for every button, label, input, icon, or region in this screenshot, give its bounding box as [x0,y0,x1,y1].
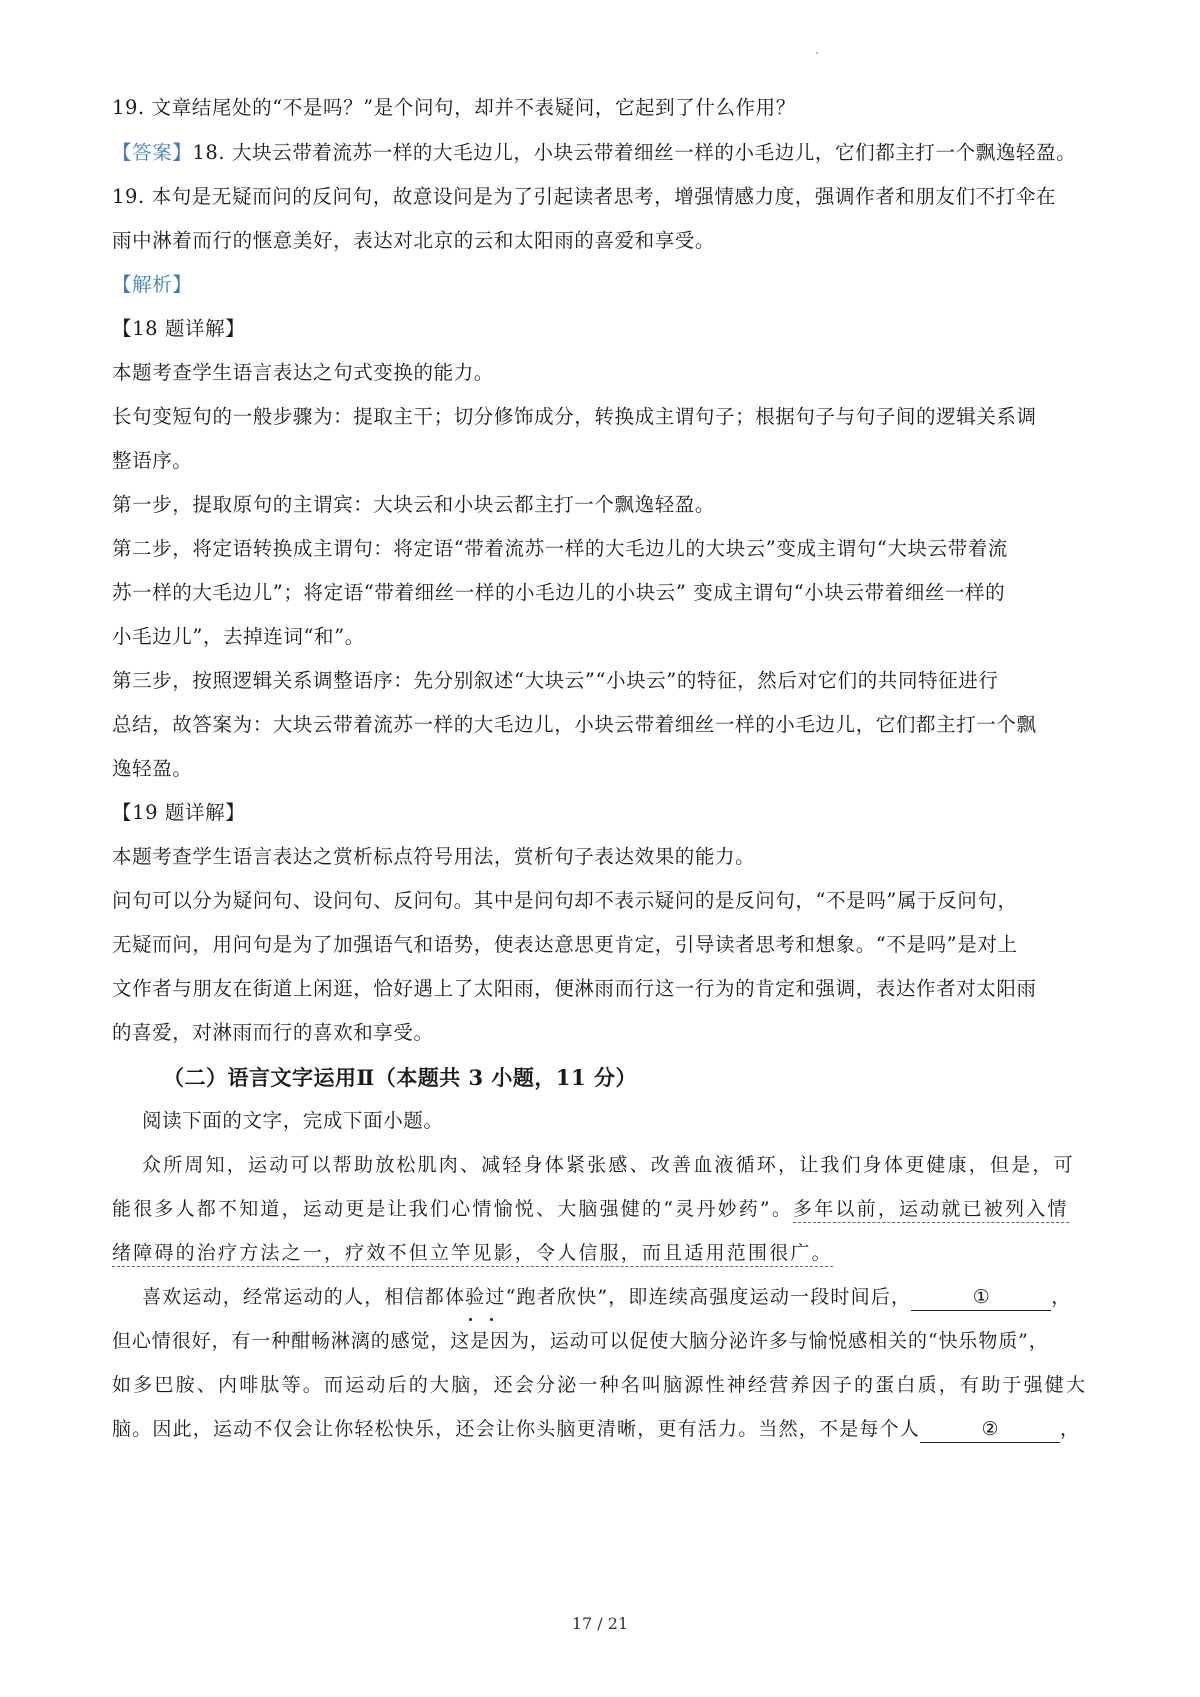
instruction: 阅读下面的文字，完成下面小题。 [142,1108,444,1134]
detail-19-title: 【19 题详解】 [112,800,245,826]
detail-18-line: 小毛边儿”，去掉连词“和”。 [112,624,365,650]
answer-19-line1: 19. 本句是无疑而问的反问句，故意设问是为了引起读者思考，增强情感力度，强调作… [112,184,1056,210]
detail-18-line: 长句变短句的一般步骤为：提取主干；切分修饰成分，转换成主谓句子；根据句子与句子间… [112,404,1037,430]
detail-18-line: 逸轻盈。 [112,756,192,782]
analysis-label: 【解析】 [112,272,192,298]
emphasis-dot [490,1318,493,1321]
emphasis-dot [469,1318,472,1321]
passage-line: 喜欢运动，经常运动的人，相信都体验过“跑者欣快”，即连续高强度运动一段时间后，①… [142,1284,1071,1311]
detail-18-line: 总结，故答案为：大块云带着流苏一样的大毛边儿，小块云带着细丝一样的小毛边儿，它们… [112,712,1037,738]
detail-18-line: 苏一样的大毛边儿”；将定语“带着细丝一样的小毛边儿的小块云” 变成主谓句“小块云… [112,580,1005,606]
document-page: 19. 文章结尾处的“不是吗？”是个问句，却并不表疑问，它起到了什么作用？ 【答… [0,0,1200,1697]
detail-19-line: 文作者与朋友在街道上闲逛，恰好遇上了太阳雨，便淋雨而行这一行为的肯定和强调，表达… [112,976,1037,1002]
detail-19-line: 的喜爱，对淋雨而行的喜欢和享受。 [112,1020,434,1046]
passage-line: 如多巴胺、内啡肽等。而运动后的大脑，还会分泌一种名叫脑源性神经营养因子的蛋白质，… [112,1372,1087,1398]
detail-18-line: 第二步，将定语转换成主谓句：将定语“带着流苏一样的大毛边儿的大块云”变成主谓句“… [112,536,1008,562]
detail-18-line: 本题考查学生语言表达之句式变换的能力。 [112,360,494,386]
section-heading: （二）语言文字运用Ⅱ（本题共 3 小题，11 分） [163,1062,637,1092]
corner-mark [816,52,818,54]
passage-text: ， [1060,1418,1080,1440]
detail-18-line: 整语序。 [112,448,192,474]
passage-line: 但心情很好，有一种酣畅淋漓的感觉，这是因为，运动可以促使大脑分泌许多与愉悦感相关… [112,1328,1049,1354]
question-19: 19. 文章结尾处的“不是吗？”是个问句，却并不表疑问，它起到了什么作用？ [112,95,796,121]
passage-text: 能很多人都不知道，运动更是让我们心情愉悦、大脑强健的“灵丹妙药”。 [112,1198,793,1220]
passage-text: 喜欢运动，经常运动的人，相信都体验过“跑者欣快”，即连续高强度运动一段时间后， [142,1286,911,1308]
passage-text: ， [1051,1286,1071,1308]
detail-19-line: 问句可以分为疑问句、设问句、反问句。其中是问句却不表示疑问的是反问句，“不是吗”… [112,888,1018,914]
detail-19-line: 本题考查学生语言表达之赏析标点符号用法，赏析句子表达效果的能力。 [112,844,755,870]
detail-18-line: 第一步，提取原句的主谓宾：大块云和小块云都主打一个飘逸轻盈。 [112,492,715,518]
passage-line: 绪障碍的治疗方法之一，疗效不但立竿见影，令人信服，而且适用范围很广。 [112,1240,833,1266]
answer-18-text: 18. 大块云带着流苏一样的大毛边儿，小块云带着细丝一样的小毛边儿，它们都主打一… [192,141,1076,164]
page-number: 17 / 21 [0,1614,1200,1633]
blank-1: ① [911,1284,1051,1311]
underlined-sentence: 绪障碍的治疗方法之一，疗效不但立竿见影，令人信服，而且适用范围很广。 [112,1242,833,1267]
detail-19-line: 无疑而问，用问句是为了加强语气和语势，使表达意思更肯定，引导读者思考和想象。“不… [112,932,1018,958]
detail-18-title: 【18 题详解】 [112,316,245,342]
passage-line: 众所周知，运动可以帮助放松肌肉、减轻身体紧张感、改善血液循环，让我们身体更健康，… [142,1152,1075,1178]
detail-18-line: 第三步，按照逻辑关系调整语序：先分别叙述“大块云”“小块云”的特征，然后对它们的… [112,668,998,694]
passage-line: 能很多人都不知道，运动更是让我们心情愉悦、大脑强健的“灵丹妙药”。多年以前，运动… [112,1196,1069,1222]
answer-18: 【答案】18. 大块云带着流苏一样的大毛边儿，小块云带着细丝一样的小毛边儿，它们… [112,140,1076,166]
answer-label: 【答案】 [112,141,192,164]
blank-2: ② [920,1416,1060,1443]
answer-19-line2: 雨中淋着而行的惬意美好，表达对北京的云和太阳雨的喜爱和享受。 [112,228,715,254]
passage-text: 脑。因此，运动不仅会让你轻松快乐，还会让你头脑更清晰，更有活力。当然，不是每个人 [112,1418,920,1440]
underlined-sentence: 多年以前，运动就已被列入情 [793,1198,1069,1223]
passage-line: 脑。因此，运动不仅会让你轻松快乐，还会让你头脑更清晰，更有活力。当然，不是每个人… [112,1416,1080,1443]
